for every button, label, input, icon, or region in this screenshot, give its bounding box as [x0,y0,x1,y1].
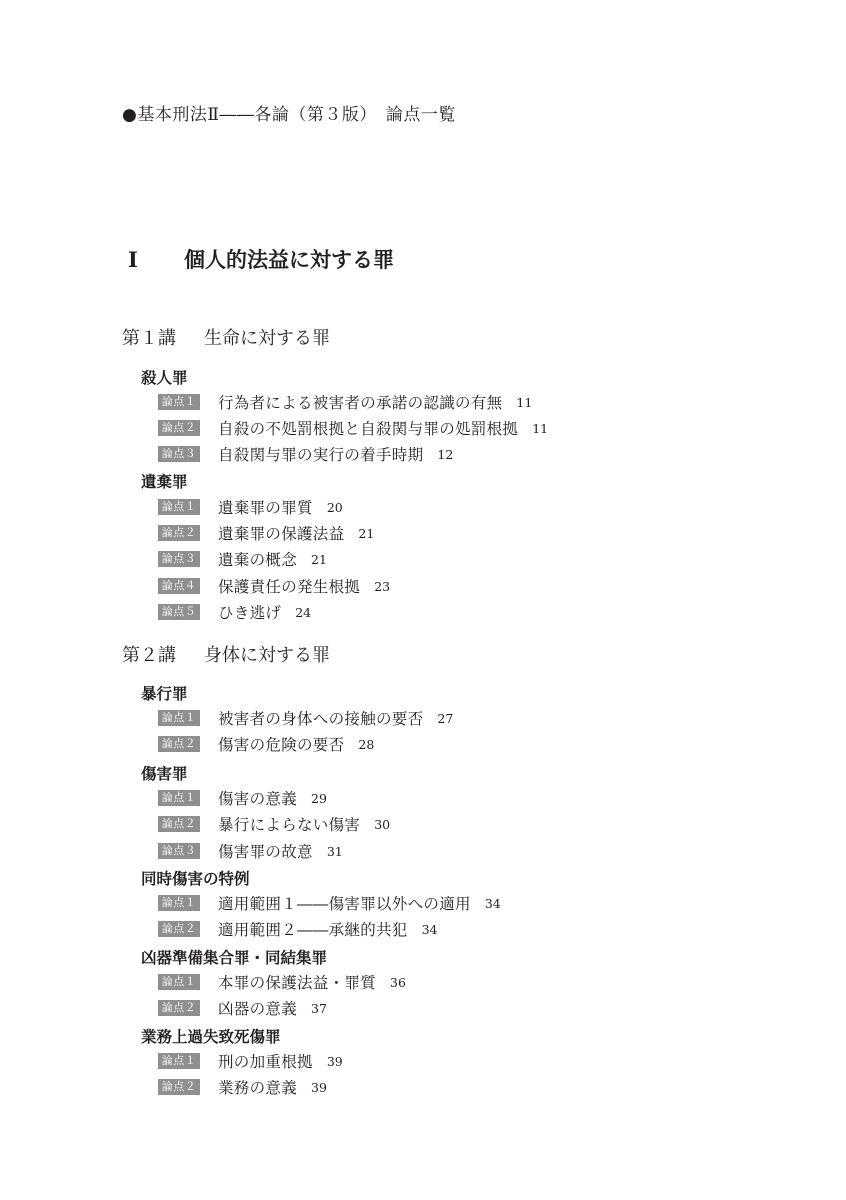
issue-badge: 論点５ [158,604,200,620]
issue-text: 遺棄罪の保護法益 [218,522,344,544]
issue-badge: 論点１ [158,394,200,410]
issue-text: 凶器の意義 [218,997,297,1019]
page-number: 24 [295,605,311,620]
lecture-heading: 第１講生命に対する罪 [122,324,330,350]
issue-item: 論点４ 保護責任の発生根拠 23 [158,576,390,596]
issue-badge: 論点１ [158,790,200,806]
issue-badge: 論点２ [158,525,200,541]
issue-text: 保護責任の発生根拠 [218,575,360,597]
issue-text: 自殺の不処罰根拠と自殺関与罪の処罰根拠 [218,417,518,439]
page-number: 36 [390,975,406,990]
lecture-heading: 第２講身体に対する罪 [122,641,330,667]
issue-badge: 論点３ [158,446,200,462]
page-number: 27 [437,711,453,726]
issue-item: 論点２ 自殺の不処罰根拠と自殺関与罪の処罰根拠 11 [158,418,548,438]
issue-item: 論点５ ひき逃げ 24 [158,602,311,622]
page-number: 31 [327,844,343,859]
issue-text: ひき逃げ [218,601,281,623]
issue-badge: 論点１ [158,895,200,911]
issue-text: 本罪の保護法益・罪質 [218,971,376,993]
issue-badge: 論点２ [158,921,200,937]
issue-item: 論点１ 適用範囲１――傷害罪以外への適用 34 [158,893,501,913]
lecture-number: 第１講 [122,324,204,350]
issue-text: 被害者の身体への接触の要否 [218,707,423,729]
issue-item: 論点３ 自殺関与罪の実行の着手時期 12 [158,444,453,464]
issue-badge: 論点２ [158,816,200,832]
issue-item: 論点２ 傷害の危険の要否 28 [158,734,374,754]
issue-badge: 論点２ [158,736,200,752]
page-number: 12 [437,447,453,462]
crime-heading: 同時傷害の特例 [141,867,250,889]
issue-text: 業務の意義 [218,1076,297,1098]
page-number: 23 [374,579,390,594]
issue-text: 暴行によらない傷害 [218,813,360,835]
issue-item: 論点３ 傷害罪の故意 31 [158,841,343,861]
issue-badge: 論点１ [158,974,200,990]
issue-item: 論点１ 傷害の意義 29 [158,788,327,808]
page-number: 34 [422,922,438,937]
issue-text: 刑の加重根拠 [218,1050,313,1072]
part-title: 個人的法益に対する罪 [184,247,394,272]
lecture-title: 生命に対する罪 [204,328,330,349]
issue-item: 論点２ 業務の意義 39 [158,1077,327,1097]
issue-item: 論点３ 遺棄の概念 21 [158,549,327,569]
crime-heading: 殺人罪 [141,366,188,388]
issue-text: 適用範囲２――承継的共犯 [218,918,408,940]
crime-heading: 暴行罪 [141,682,188,704]
issue-item: 論点１ 遺棄罪の罪質 20 [158,497,343,517]
issue-text: 遺棄罪の罪質 [218,496,313,518]
issue-item: 論点２ 遺棄罪の保護法益 21 [158,523,374,543]
issue-badge: 論点４ [158,578,200,594]
part-number: Ⅰ [128,247,184,272]
issue-badge: 論点１ [158,1053,200,1069]
page-number: 29 [311,791,327,806]
issue-item: 論点１ 行為者による被害者の承諾の認識の有無 11 [158,392,532,412]
page-number: 39 [311,1080,327,1095]
page-number: 21 [311,552,327,567]
page-title: ●基本刑法Ⅱ――各論（第３版） 論点一覧 [122,100,456,125]
issue-item: 論点１ 本罪の保護法益・罪質 36 [158,972,406,992]
crime-heading: 業務上過失致死傷罪 [141,1025,281,1047]
lecture-number: 第２講 [122,641,204,667]
issue-badge: 論点２ [158,1079,200,1095]
issue-badge: 論点１ [158,499,200,515]
issue-item: 論点２ 凶器の意義 37 [158,998,327,1018]
issue-item: 論点１ 被害者の身体への接触の要否 27 [158,708,453,728]
issue-badge: 論点３ [158,551,200,567]
crime-heading: 傷害罪 [141,762,188,784]
issue-text: 傷害の危険の要否 [218,733,344,755]
lecture-title: 身体に対する罪 [204,645,330,666]
page-number: 37 [311,1001,327,1016]
page-number: 30 [374,817,390,832]
issue-item: 論点１ 刑の加重根拠 39 [158,1051,343,1071]
issue-text: 傷害罪の故意 [218,840,313,862]
page-number: 21 [358,526,374,541]
page-number: 28 [358,737,374,752]
issue-badge: 論点１ [158,710,200,726]
page-number: 11 [532,421,548,436]
issue-badge: 論点２ [158,1000,200,1016]
issue-text: 傷害の意義 [218,787,297,809]
issue-item: 論点２ 暴行によらない傷害 30 [158,814,390,834]
crime-heading: 凶器準備集合罪・同結集罪 [141,946,327,968]
crime-heading: 遺棄罪 [141,470,188,492]
issue-badge: 論点３ [158,843,200,859]
page-number: 20 [327,500,343,515]
page-number: 34 [485,896,501,911]
issue-text: 行為者による被害者の承諾の認識の有無 [218,391,502,413]
part-heading: Ⅰ個人的法益に対する罪 [128,244,394,274]
issue-text: 遺棄の概念 [218,548,297,570]
issue-item: 論点２ 適用範囲２――承継的共犯 34 [158,919,438,939]
page-number: 11 [516,395,532,410]
issue-text: 自殺関与罪の実行の着手時期 [218,443,423,465]
issue-text: 適用範囲１――傷害罪以外への適用 [218,892,471,914]
issue-badge: 論点２ [158,420,200,436]
page-number: 39 [327,1054,343,1069]
